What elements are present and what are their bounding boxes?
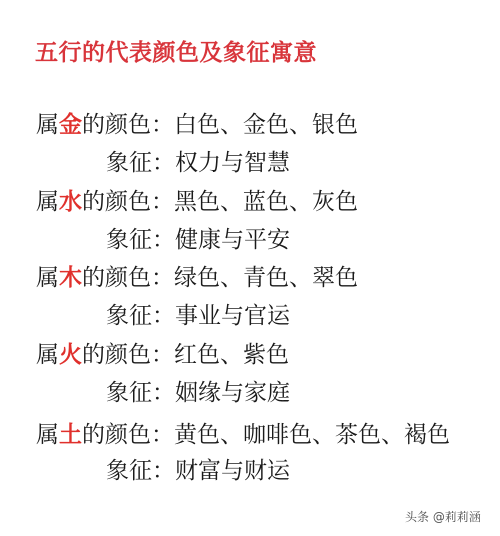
element-name: 金 — [59, 112, 82, 138]
element-name: 木 — [59, 265, 82, 291]
page-title: 五行的代表颜色及象征寓意 — [35, 34, 317, 67]
suffix: 的颜色： — [82, 265, 174, 291]
element-name: 土 — [59, 422, 82, 448]
symbol: 财富与财运 — [175, 458, 290, 484]
symbol-label: 象征： — [106, 458, 175, 484]
element-color-row-metal: 属金的颜色：白色、金色、银色 — [36, 110, 358, 140]
suffix: 的颜色： — [82, 189, 174, 215]
symbol-label: 象征： — [106, 303, 175, 329]
prefix: 属 — [36, 265, 59, 291]
watermark: 头条 @莉莉涵 — [405, 508, 481, 525]
symbol-label: 象征： — [106, 227, 175, 253]
element-name: 水 — [59, 189, 82, 215]
prefix: 属 — [36, 189, 59, 215]
suffix: 的颜色： — [82, 112, 174, 138]
element-name: 火 — [59, 342, 82, 368]
suffix: 的颜色： — [82, 422, 174, 448]
element-symbol-row-water: 象征：健康与平安 — [106, 225, 290, 255]
element-color-row-wood: 属木的颜色：绿色、青色、翠色 — [36, 263, 358, 293]
prefix: 属 — [36, 112, 59, 138]
symbol: 权力与智慧 — [175, 150, 290, 176]
element-color-row-water: 属水的颜色：黑色、蓝色、灰色 — [36, 187, 358, 217]
prefix: 属 — [36, 422, 59, 448]
element-color-row-fire: 属火的颜色：红色、紫色 — [36, 340, 289, 370]
element-symbol-row-earth: 象征：财富与财运 — [106, 456, 290, 486]
symbol: 健康与平安 — [175, 227, 290, 253]
symbol-label: 象征： — [106, 150, 175, 176]
prefix: 属 — [36, 342, 59, 368]
colors: 红色、紫色 — [174, 342, 289, 368]
colors: 黑色、蓝色、灰色 — [174, 189, 358, 215]
element-symbol-row-fire: 象征：姻缘与家庭 — [106, 378, 290, 408]
colors: 白色、金色、银色 — [174, 112, 358, 138]
colors: 黄色、咖啡色、茶色、褐色 — [174, 422, 450, 448]
element-color-row-earth: 属土的颜色：黄色、咖啡色、茶色、褐色 — [36, 420, 450, 450]
symbol: 事业与官运 — [175, 303, 290, 329]
symbol-label: 象征： — [106, 380, 175, 406]
suffix: 的颜色： — [82, 342, 174, 368]
element-symbol-row-metal: 象征：权力与智慧 — [106, 148, 290, 178]
colors: 绿色、青色、翠色 — [174, 265, 358, 291]
element-symbol-row-wood: 象征：事业与官运 — [106, 301, 290, 331]
symbol: 姻缘与家庭 — [175, 380, 290, 406]
